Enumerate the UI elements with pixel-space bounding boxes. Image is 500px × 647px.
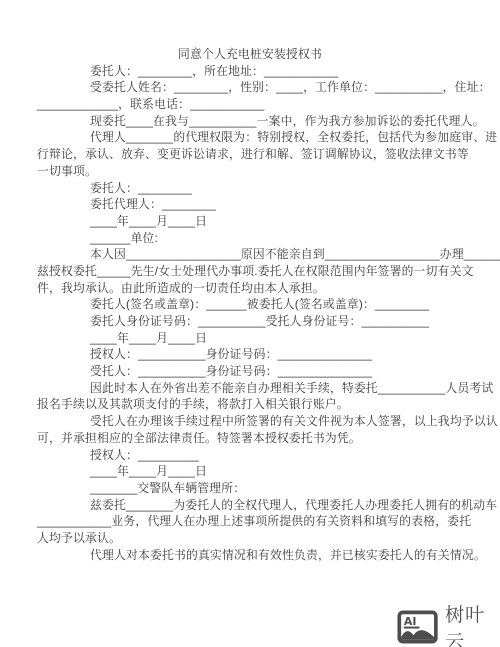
authorization-document: 同意个人充电桩安装授权书 委托人：________，所在地址：_________… [37,46,463,563]
document-line: 委托人身份证号码：__________受托人身份证号：__________ [37,313,463,330]
document-line: 报名手续以及其款项支付的手续，将款打入相关银行账户。 [37,396,463,413]
document-line: 本人因_________________原因不能亲自到_____________… [37,246,463,263]
document-line: 件，我均承认。由此所造成的一切责任均由本人承担。 [37,280,463,297]
document-line: 委托人：________ [37,180,463,197]
document-line: 受托人在办理该手续过程中所签署的有关文件视为本人签署，以上我均予以认 [37,413,463,430]
ai-image-icon: AI [397,608,438,646]
document-line: 可，并承担相应的全部法律责任。特签署本授权委托书为凭。 [37,430,463,447]
document-line: ____年____月____日 [37,213,463,230]
document-line: 委托人：________，所在地址：___________ [37,63,463,80]
document-line: 委托代理人：________ [37,196,463,213]
document-line: _______交警队车辆管理所： [37,480,463,497]
watermark-label: 树叶云 [445,600,500,647]
document-line: 授权人：_________ [37,447,463,464]
document-line: 受委托人姓名：________，性别：____，工作单位：__________，… [37,79,463,96]
document-line: 兹授权委托_____先生/女士处理代办事项.委托人在权限范围内年签署的一切有关文 [37,263,463,280]
document-line: 人均予以承认。 [37,530,463,547]
document-line: ______单位: [37,230,463,247]
document-title: 同意个人充电桩安装授权书 [37,46,463,63]
document-line: ____年____月____日 [37,330,463,347]
watermark: AI 树叶云 [397,600,500,647]
document-line: 代理人对本委托书的真实情况和有效性负责，并已核实委托人的有关情况。 [37,547,463,564]
document-line: 授权人：__________身份证号码：______________ [37,346,463,363]
document-line: 现委托____在我与__________一案中，作为我方参加诉讼的委托代理人。 [37,113,463,130]
document-line: ____年____月____日 [37,463,463,480]
document-line: ___________业务，代理人在办理上述事项所提供的有关资料和填写的表格，委… [37,513,463,530]
document-line: 因此时本人在外省出差不能亲自办理相关手续，特委托__________人员考试 [37,380,463,397]
document-line: 受托人：__________身份证号码：______________ [37,363,463,380]
document-line: 委托人(签名或盖章)：______被委托人(签名或盖章)：________ [37,296,463,313]
document-line: 代理人_______的代理权限为：特别授权，全权委托，包括代为参加庭审、进 [37,129,463,146]
document-line: 兹委托_______为委托人的全权代理人，代理委托人办理委托人拥有的机动车 [37,497,463,514]
document-line: 一切事项。 [37,163,463,180]
document-line: 行辩论，承认、放弃、变更诉讼请求，进行和解、签订调解协议，签收法律文书等 [37,146,463,163]
document-line: ____________，联系电话：___________ [37,96,463,113]
ai-icon-text: AI [404,615,417,628]
